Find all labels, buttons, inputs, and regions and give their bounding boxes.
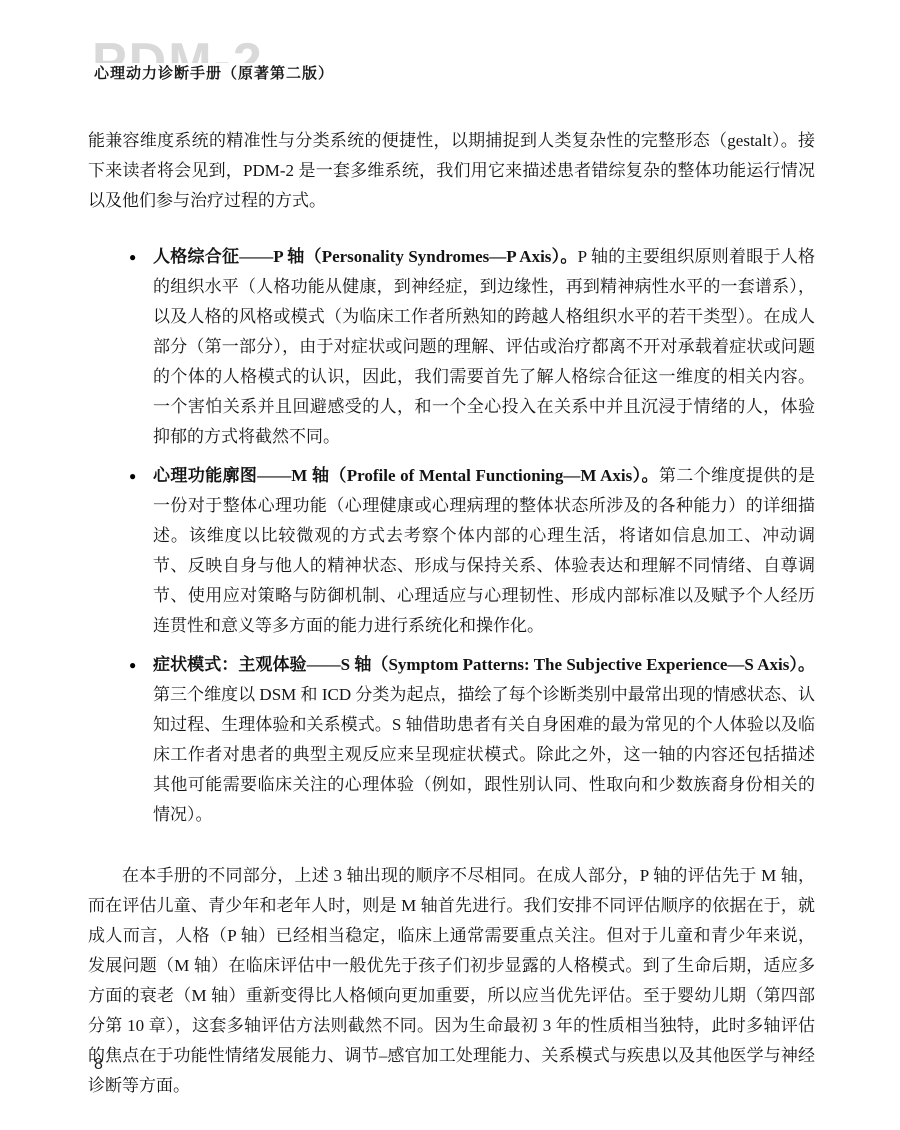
closing-paragraph: 在本手册的不同部分，上述 3 轴出现的顺序不尽相同。在成人部分，P 轴的评估先于… bbox=[88, 861, 815, 1101]
axis-p-lead: 人格综合征——P 轴（Personality Syndromes—P Axis）… bbox=[153, 247, 578, 266]
page-number: 8 bbox=[94, 1056, 103, 1074]
pdm2-watermark-text: PDM-2 bbox=[92, 36, 264, 63]
axis-p-body: P 轴的主要组织原则着眼于人格的组织水平（人格功能从健康，到神经症，到边缘性，再… bbox=[153, 247, 815, 446]
page-body: 能兼容维度系统的精准性与分类系统的便捷性，以期捕捉到人类复杂性的完整形态（ges… bbox=[88, 126, 815, 1101]
axis-s-lead: 症状模式：主观体验——S 轴（Symptom Patterns: The Sub… bbox=[153, 655, 815, 674]
axis-m-body: 第二个维度提供的是一份对于整体心理功能（心理健康或心理病理的整体状态所涉及的各种… bbox=[153, 466, 815, 635]
axis-item-m: ● 心理功能廓图——M 轴（Profile of Mental Function… bbox=[153, 461, 815, 641]
bullet-marker-icon: ● bbox=[129, 461, 136, 491]
axis-m-lead: 心理功能廓图——M 轴（Profile of Mental Functionin… bbox=[153, 466, 659, 485]
bullet-marker-icon: ● bbox=[129, 242, 136, 272]
book-page: { "header": { "watermark": "PDM-2", "boo… bbox=[0, 0, 900, 1130]
axis-bullet-list: ● 人格综合征——P 轴（Personality Syndromes—P Axi… bbox=[88, 242, 815, 830]
book-title: 心理动力诊断手册（原著第二版） bbox=[94, 62, 334, 83]
axis-item-s: ● 症状模式：主观体验——S 轴（Symptom Patterns: The S… bbox=[153, 650, 815, 830]
bullet-marker-icon: ● bbox=[129, 650, 136, 680]
axis-item-p: ● 人格综合征——P 轴（Personality Syndromes—P Axi… bbox=[153, 242, 815, 452]
axis-s-body: 第三个维度以 DSM 和 ICD 分类为起点，描绘了每个诊断类别中最常出现的情感… bbox=[153, 685, 815, 824]
intro-paragraph: 能兼容维度系统的精准性与分类系统的便捷性，以期捕捉到人类复杂性的完整形态（ges… bbox=[88, 126, 815, 216]
